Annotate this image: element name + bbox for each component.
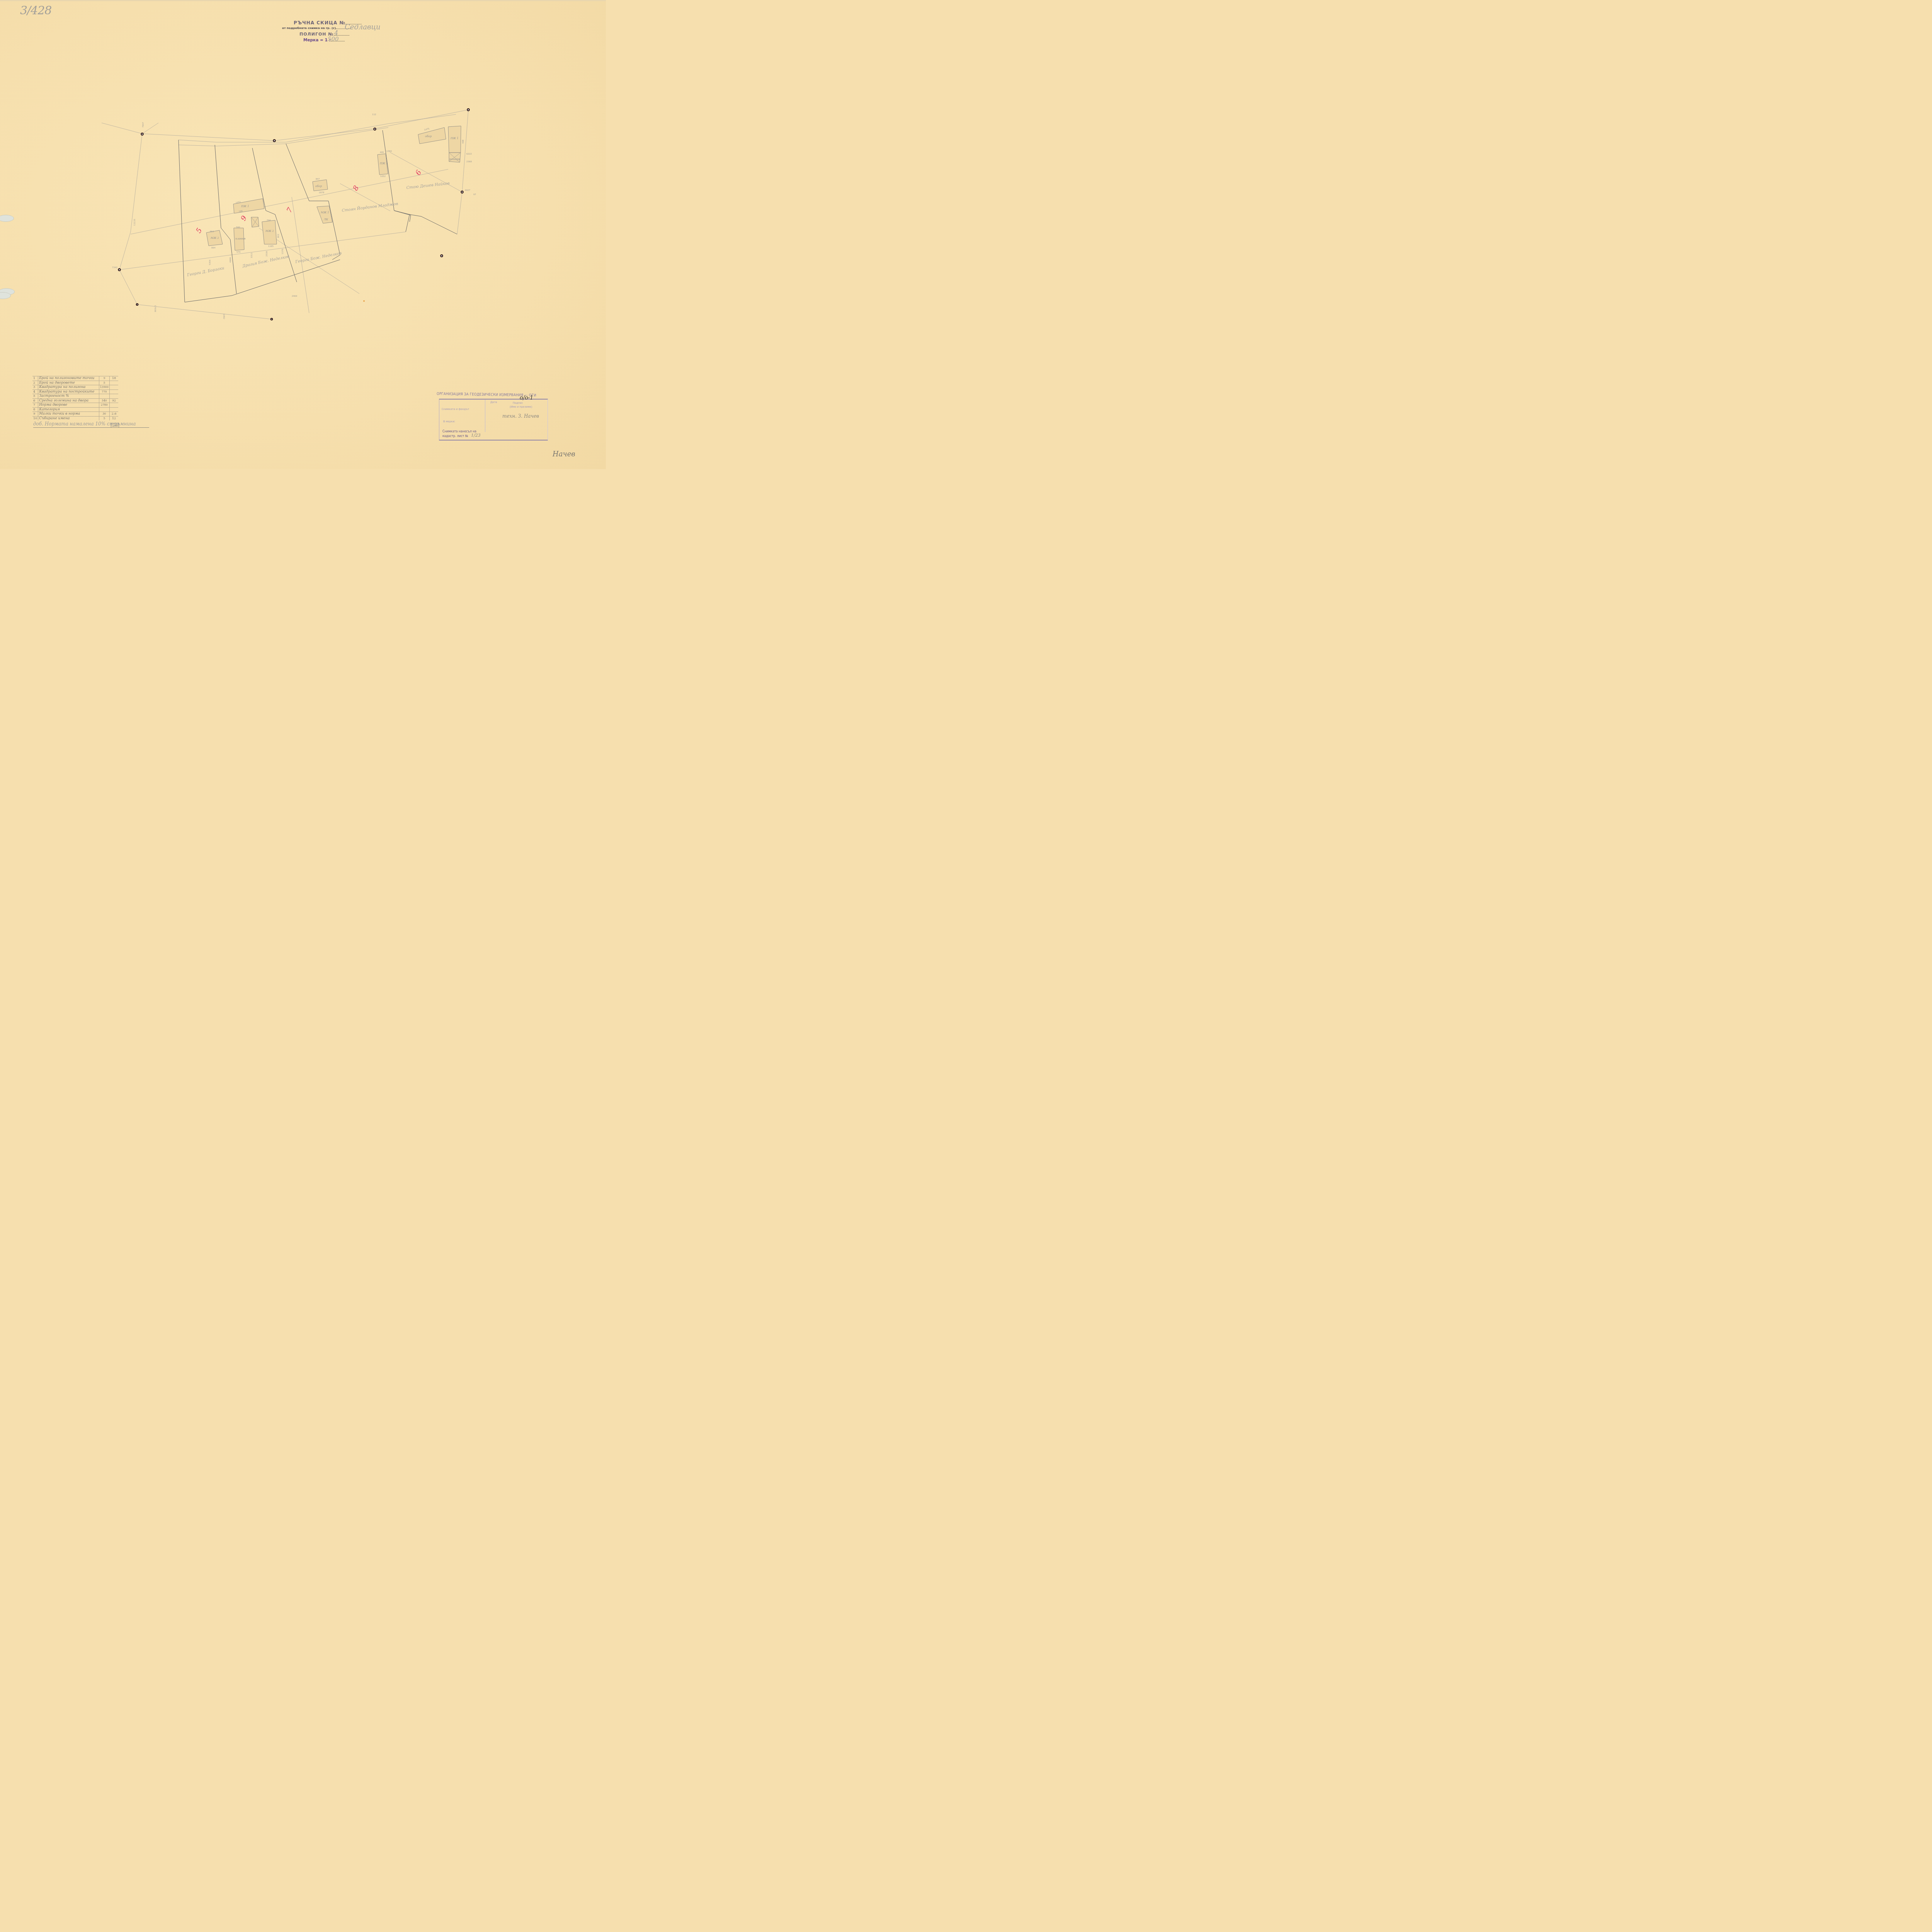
- parcel-number: 8: [351, 184, 361, 192]
- parcel-boundaries: [179, 130, 457, 302]
- measurement: 17036: [154, 305, 156, 312]
- traverse-point: [467, 109, 469, 111]
- stain: [363, 300, 365, 302]
- measurement: 495: [380, 151, 384, 154]
- stamp-code: о/о-1: [520, 395, 533, 401]
- parcel-number: 7: [285, 206, 294, 214]
- building-label: МЖ 2: [265, 230, 274, 233]
- building-label: МЖ 2: [210, 236, 219, 240]
- measurement: 1370: [282, 249, 284, 254]
- building-label: ЛК: [323, 218, 328, 221]
- station-label: 7047: [142, 122, 145, 128]
- stamp-signature-label: Подпис: [513, 401, 523, 405]
- stamp-survey-label: Снимката и фондът: [442, 407, 469, 411]
- measurement: 570: [236, 251, 241, 253]
- table-row: 7Норма дворове2780: [32, 403, 118, 408]
- traverse-markers: [118, 109, 469, 320]
- parcel-number: 9: [239, 214, 248, 222]
- owner-name: Георги Бож. Неделков: [294, 251, 342, 264]
- measurement: 11133: [134, 219, 136, 226]
- measurement: 794: [267, 219, 271, 222]
- building-label: плевня: [235, 237, 246, 240]
- table-row: 5Застроеност %: [32, 394, 118, 399]
- stamp-box: Дата Подпис (Име и презиме) Снимката и ф…: [439, 399, 548, 440]
- stamp-date-label: Дата: [490, 400, 497, 404]
- owner-name: Георги Д. Борзаки: [186, 266, 224, 277]
- traverse-lines: [102, 110, 468, 319]
- parcel-number: 5: [194, 227, 204, 235]
- traverse-point: [271, 318, 272, 320]
- measurement: 338: [277, 234, 279, 238]
- building-label: обор: [425, 135, 432, 138]
- survey-sheet: 3/428 РЪЧНА СКИЦА № от подробната снимка…: [0, 0, 606, 469]
- traverse-point: [136, 304, 138, 305]
- measurement: 2368: [466, 161, 472, 163]
- table-row: 2Брой на дворовете5: [32, 381, 118, 385]
- traverse-point: [273, 139, 275, 141]
- summary-table: 1Брой на полигоновите точки918 2Брой на …: [32, 376, 118, 420]
- building: [418, 128, 446, 144]
- measurement: 2469: [292, 295, 297, 298]
- building-label: МЖ 1: [320, 211, 329, 214]
- stamp-sheet-label: кадастр. лист №: [442, 434, 468, 438]
- table-row: 6Средна големина на двора54092: [32, 398, 118, 403]
- traverse-point: [440, 255, 442, 257]
- table-row: 4Квадратура на постройките770: [32, 389, 118, 394]
- surveyor-signature: техн. З. Начев: [502, 413, 539, 419]
- measurement: 1475: [424, 128, 430, 131]
- owner-name: Стоян Йорданов Младжов: [342, 201, 398, 213]
- station-label: 7342: [112, 267, 117, 269]
- traverse-point: [461, 191, 463, 193]
- station-label: 4427: [465, 189, 470, 192]
- measurement: 1878: [319, 192, 324, 194]
- table-row: 8Категория: [32, 407, 118, 412]
- measurement: 498: [462, 139, 464, 144]
- station-label: 112: [372, 114, 376, 116]
- parcel-numbers: 5 9 7 8 6: [194, 169, 423, 235]
- building-label: ПЖ 1: [379, 162, 388, 165]
- measurement: 560: [236, 226, 240, 229]
- measurement: 4900: [230, 257, 232, 263]
- measurement: 1360: [386, 150, 392, 153]
- table-row: 3Квадратура на полигона13900: [32, 385, 118, 390]
- station-label: 97: [473, 194, 476, 196]
- table-row: 1Брой на полигоновите точки918: [32, 376, 118, 381]
- measurement: 1185: [268, 245, 274, 248]
- measurement: 1092: [223, 314, 225, 319]
- stamp-sheet-value: 1/23: [471, 433, 481, 438]
- building-label: ПЖ 1: [450, 137, 459, 140]
- building-label: ПЖ 1: [241, 205, 249, 208]
- measurement: 853: [210, 231, 214, 233]
- measurement: 864: [211, 247, 216, 249]
- corner-signature: Начев: [553, 450, 575, 458]
- measurement: 5354: [209, 260, 211, 265]
- owner-name: Стою Дешев Найков: [406, 181, 450, 190]
- handwritten-note: доб. Нормата намалена 10% стръмнина: [33, 421, 149, 428]
- traverse-point: [118, 269, 120, 270]
- building-label: обор: [315, 185, 322, 188]
- traverse-point: [374, 128, 376, 130]
- measurement: 1052: [380, 175, 386, 178]
- measurement: 6222: [466, 153, 472, 155]
- stamp-divider: [485, 400, 485, 432]
- measurement: 2530: [266, 251, 268, 257]
- table-row: 9Малки точки в норма302.6: [32, 412, 118, 417]
- traverse-point: [141, 133, 143, 135]
- stamp-name-label: (Име и презиме): [510, 405, 532, 408]
- measurement: 3313: [251, 253, 253, 258]
- table-row: 10Събиране имена512: [32, 416, 118, 420]
- measurement: 788: [238, 210, 243, 213]
- stamp-measures-label: В мерки:: [443, 420, 455, 423]
- building-label: кошара: [449, 158, 460, 161]
- measurement: 847: [316, 178, 320, 180]
